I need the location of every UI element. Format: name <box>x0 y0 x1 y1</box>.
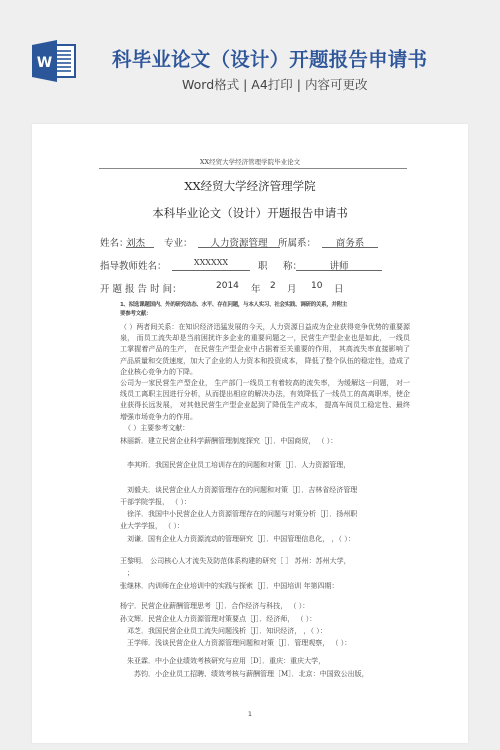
advisor-field[interactable]: XXXXXX <box>172 258 250 271</box>
reference-item: 杨宁．民营企业薪酬管理思考［J］．合作经济与科技， （ ）： <box>120 601 410 612</box>
reference-item: 邓芝．我国民营企业员工流失问题浅析［J］．知识经济， ，（ ）： <box>120 626 410 637</box>
reference-item: 李其昕．我国民营企业员工培训存在的问题和对策［J］．人力资源管理， <box>120 460 410 471</box>
section-heading: 1、拟选课题国内、外的研究动态、水平、存在问题，与本人实习、社会实践、调研的关系… <box>120 301 350 319</box>
reference-item: 王学师．浅谈民营企业人力资源管理问题和对策［J］．管理观察， （ ）： <box>120 638 410 649</box>
reference-item: 林丽新．建立民营企业科学薪酬管理制度探究［J］．中国商贸， （ ）： <box>120 436 410 447</box>
reference-item: 苏钧．小企业员工招聘、绩效考核与薪酬管理［M］．北京：中国致公出版， <box>120 669 410 680</box>
document-title: 本科毕业论文（设计）开题报告申请书 <box>32 205 468 221</box>
word-icon: W <box>32 40 77 82</box>
title-field[interactable]: 讲师 <box>296 258 382 271</box>
year-unit: 年 <box>251 281 261 295</box>
dept-field[interactable]: 商务系 <box>322 235 378 248</box>
date-label: 开 题 报 告 时 间： <box>100 281 182 295</box>
reference-item: 刘谦．国有企业人力资源流动的管理研究［J］．中国管理信息化， ，（ ）： <box>120 534 410 545</box>
banner-subtitle: Word格式 | A4打印 | 内容可更改 <box>182 75 367 93</box>
major-field[interactable]: 人力资源管理 <box>198 235 280 248</box>
banner-title: 科毕业论文（设计）开题报告申请书 <box>112 44 432 72</box>
svg-text:W: W <box>37 55 52 71</box>
advisor-label: 指导教师姓名： <box>100 258 167 272</box>
reference-item: 孙文辉．民营企业人力资源管理对策要点［J］．经济师， （ ）： <box>120 614 410 625</box>
paragraph-relation: （ ）两者间关系：在知识经济迅猛发展的今天，人力资源日益成为企业获得竞争优势的重… <box>120 322 410 378</box>
reference-item: ； <box>120 568 410 579</box>
year-value[interactable]: 2014 <box>216 281 239 291</box>
month-value[interactable]: 2 <box>270 281 276 291</box>
name-field[interactable]: 刘杰 <box>126 235 154 248</box>
reference-item: 徐洋．我国中小民营企业人力资源管理存在的问题与对策分析［J］．扬州职 <box>120 509 410 520</box>
reference-item: 刘毅夫．谈民营企业人力资源管理存在的问题和对策［J］．吉林省经济管理 <box>120 485 410 496</box>
school-name: XX经贸大学经济管理学院 <box>32 178 468 194</box>
header-rule <box>99 168 407 169</box>
reference-item: 朱亚霖．中小企业绩效考核研究与应用［D］．重庆：重庆大学， <box>120 656 410 667</box>
document-page: XX经贸大学经济管理学院毕业论文 XX经贸大学经济管理学院 本科毕业论文（设计）… <box>32 124 468 743</box>
page-number: 1 <box>32 710 468 718</box>
reference-item: 王黎明． 公司核心人才流失及防范体系构建的研究［ ］ 苏州：苏州大学， <box>120 556 410 567</box>
dept-label: 所属系： <box>278 235 316 249</box>
reference-item: 业大学学报， （ ）： <box>120 521 410 532</box>
reference-item: 张继林．内训师在企业培训中的实践与探索［J］．中国培训 年第四期： <box>120 581 410 592</box>
page-header-text: XX经贸大学经济管理学院毕业论文 <box>32 157 468 166</box>
name-label: 姓名： <box>100 235 129 249</box>
references-heading: （ ）主要参考文献： <box>124 423 414 434</box>
paragraph-company: 公司为一家民营生产型企业， 生产部门一线员工有着较高的流失率， 为缓解这一问题，… <box>120 378 410 423</box>
major-label: 专业： <box>164 235 193 249</box>
banner: W 科毕业论文（设计）开题报告申请书 Word格式 | A4打印 | 内容可更改 <box>0 0 500 118</box>
title-label-1: 职 <box>258 258 268 272</box>
month-unit: 月 <box>287 281 297 295</box>
day-value[interactable]: 10 <box>311 281 322 291</box>
reference-item: 干部学院学报， （ ）： <box>120 497 410 508</box>
day-unit: 日 <box>334 281 344 295</box>
